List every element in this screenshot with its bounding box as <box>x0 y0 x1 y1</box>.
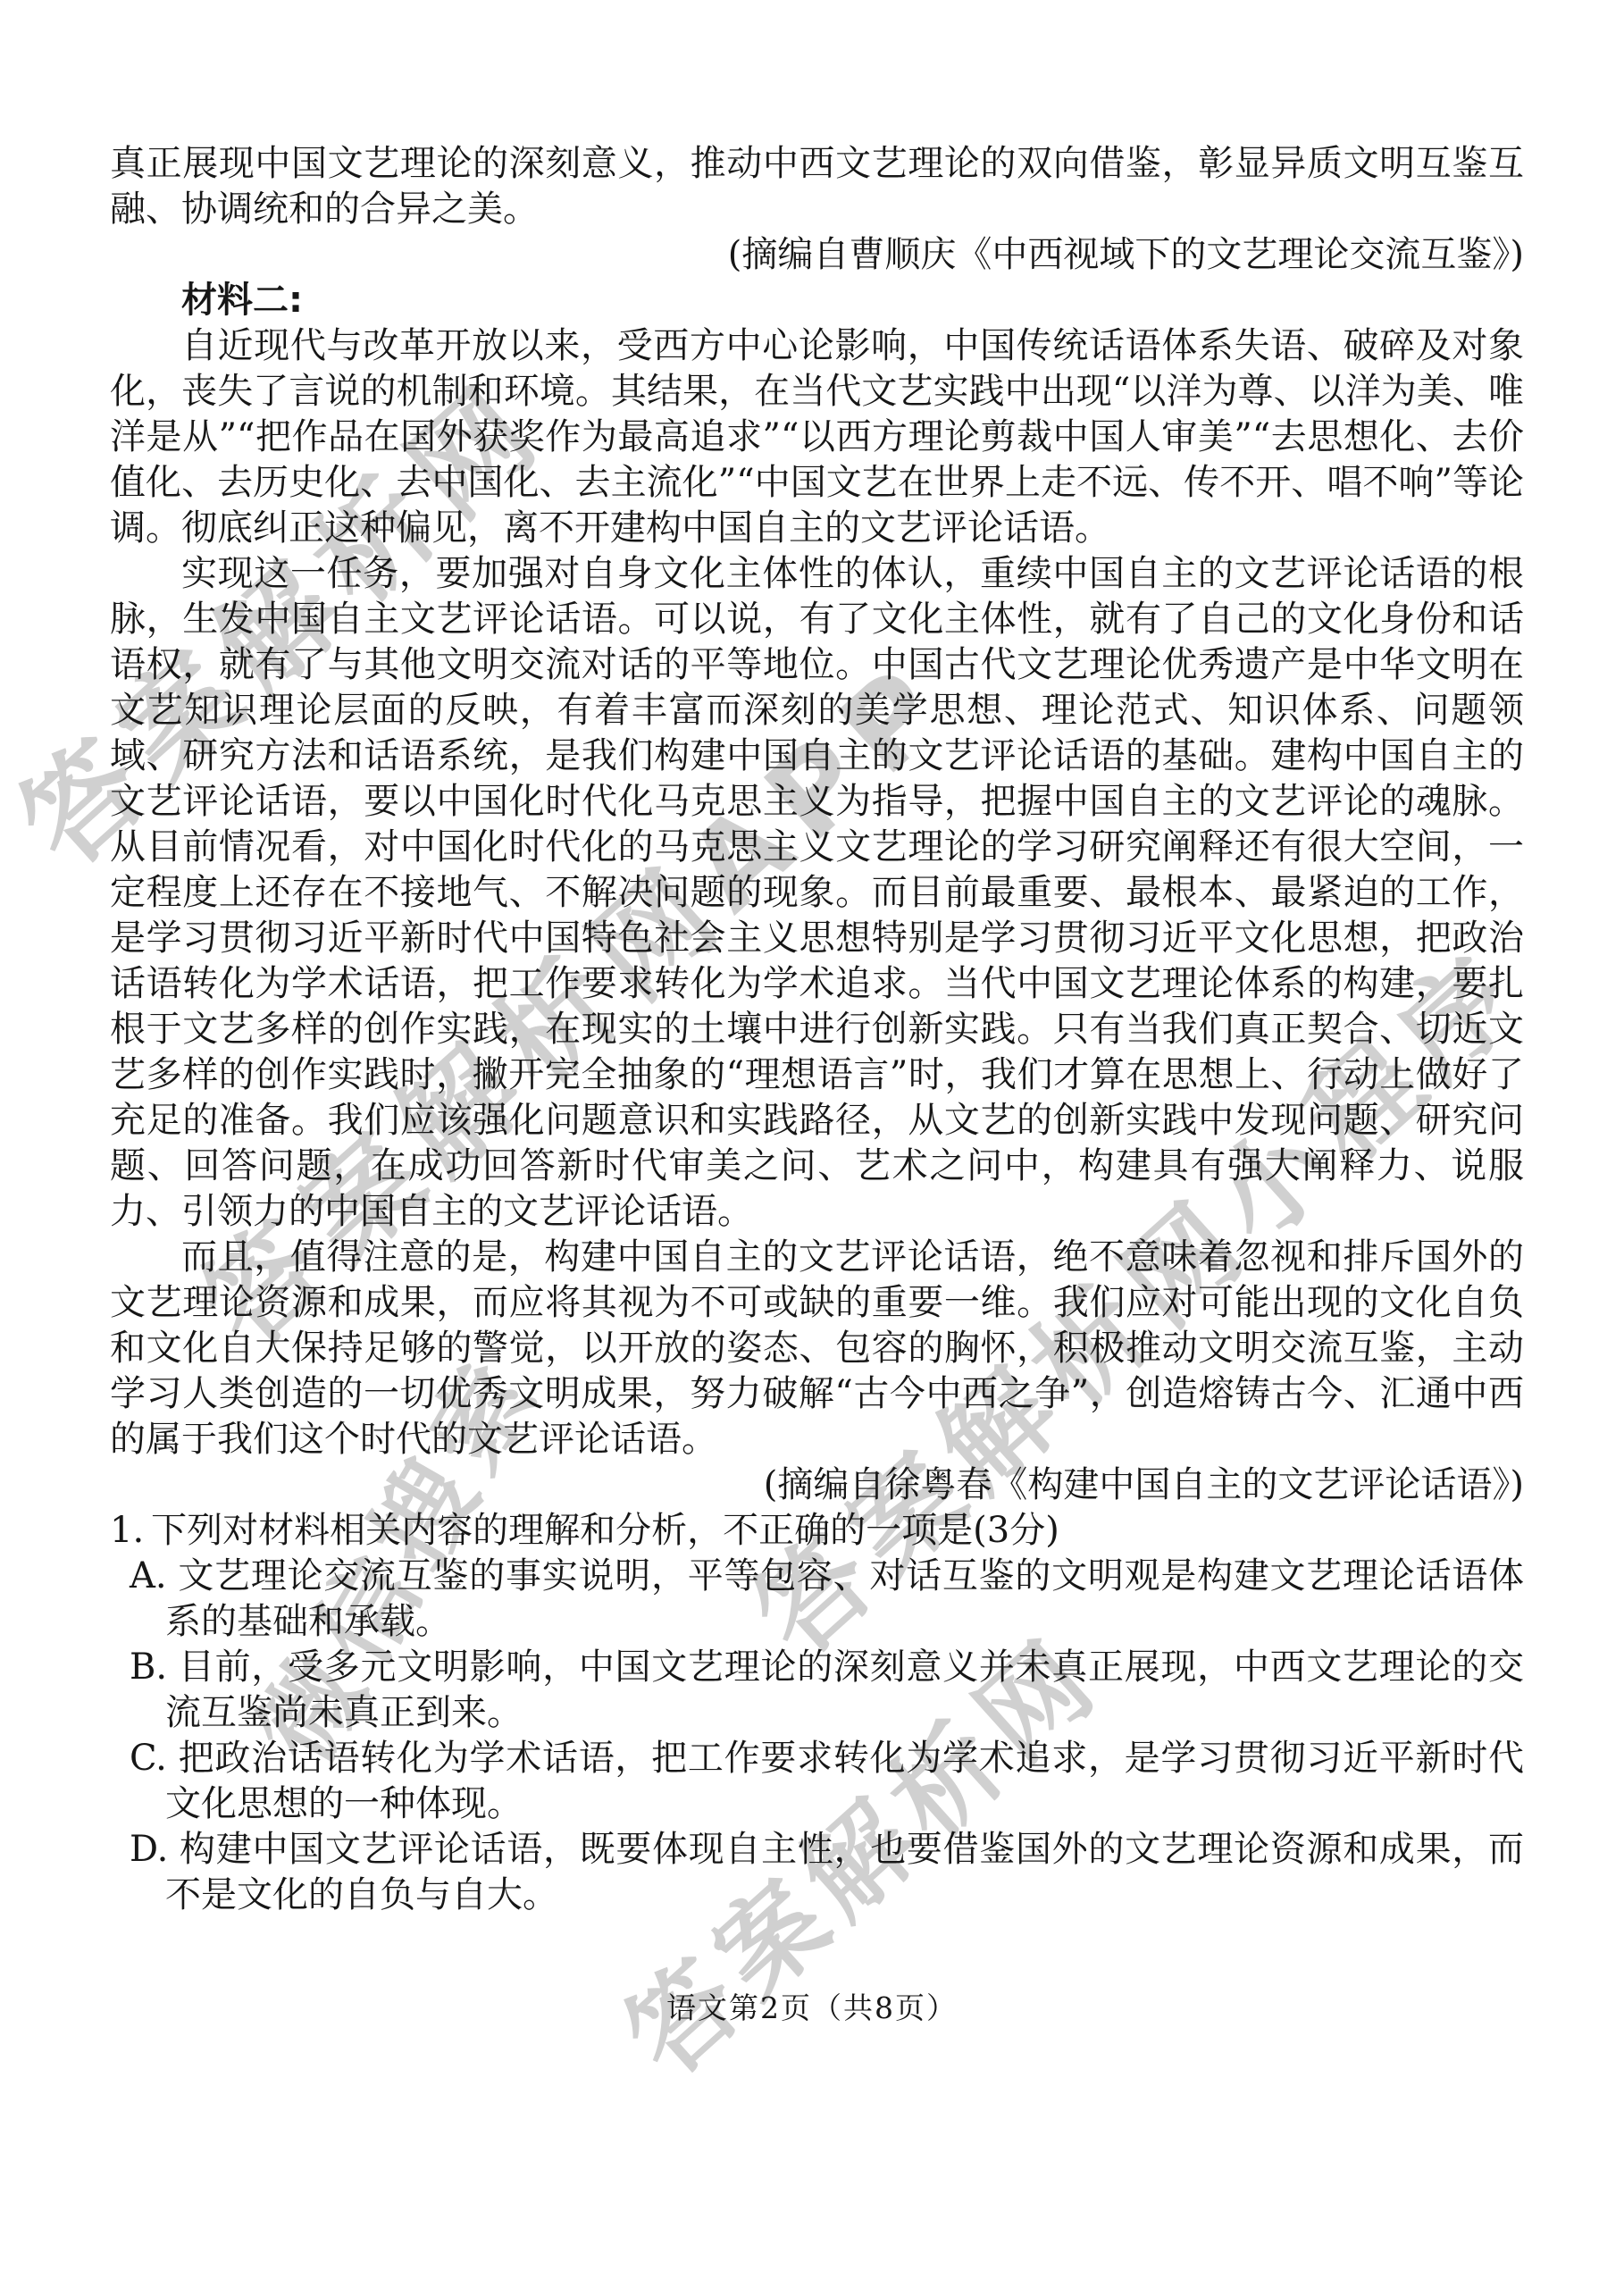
material2-source: (摘编自徐粤春《构建中国自主的文艺评论话语》) <box>110 1462 1524 1508</box>
material2-paragraph-2: 实现这一任务，要加强对自身文化主体性的体认，重续中国自主的文艺评论话语的根脉，生… <box>110 551 1524 1235</box>
option-a-label: A. <box>130 1555 167 1596</box>
material2-paragraph-1: 自近现代与改革开放以来，受西方中心论影响，中国传统话语体系失语、破碎及对象化，丧… <box>110 323 1524 551</box>
question-1-options: A.文艺理论交流互鉴的事实说明，平等包容、对话互鉴的文明观是构建文艺理论话语体系… <box>110 1554 1524 1918</box>
material2-heading: 材料二: <box>110 278 1524 323</box>
option-c-label: C. <box>130 1738 167 1779</box>
material1-closing-paragraph: 真正展现中国文艺理论的深刻意义，推动中西文艺理论的双向借鉴，彰显异质文明互鉴互融… <box>110 141 1524 232</box>
question-1-number: 1. <box>110 1510 144 1551</box>
page-footer: 语文第2页（共8页） <box>0 1985 1624 2027</box>
option-a-text: 文艺理论交流互鉴的事实说明，平等包容、对话互鉴的文明观是构建文艺理论话语体系的基… <box>165 1555 1524 1642</box>
material1-source: (摘编自曹顺庆《中西视域下的文艺理论交流互鉴》) <box>110 232 1524 278</box>
document-body: 真正展现中国文艺理论的深刻意义，推动中西文艺理论的双向借鉴，彰显异质文明互鉴互融… <box>110 141 1524 1918</box>
option-d: D.构建中国文艺评论话语，既要体现自主性，也要借鉴国外的文艺理论资源和成果，而不… <box>110 1827 1524 1918</box>
question-1: 1.下列对材料相关内容的理解和分析，不正确的一项是(3分) <box>110 1508 1524 1554</box>
option-c-text: 把政治话语转化为学术话语，把工作要求转化为学术追求，是学习贯彻习近平新时代文化思… <box>165 1738 1524 1824</box>
option-b: B.目前，受多元文明影响，中国文艺理论的深刻意义并未真正展现，中西文艺理论的交流… <box>110 1645 1524 1736</box>
option-d-text: 构建中国文艺评论话语，既要体现自主性，也要借鉴国外的文艺理论资源和成果，而不是文… <box>165 1829 1524 1915</box>
material2-paragraph-3: 而且，值得注意的是，构建中国自主的文艺评论话语，绝不意味着忽视和排斥国外的文艺理… <box>110 1235 1524 1462</box>
exam-page: 答案解析网 答案解析网APP 微信搜索 答案解析网小程序 答案解析网 真正展现中… <box>0 0 1624 2296</box>
option-b-text: 目前，受多元文明影响，中国文艺理论的深刻意义并未真正展现，中西文艺理论的交流互鉴… <box>165 1647 1524 1733</box>
question-1-stem: 下列对材料相关内容的理解和分析，不正确的一项是(3分) <box>151 1510 1059 1551</box>
option-d-label: D. <box>130 1829 168 1870</box>
option-b-label: B. <box>130 1647 167 1688</box>
option-a: A.文艺理论交流互鉴的事实说明，平等包容、对话互鉴的文明观是构建文艺理论话语体系… <box>110 1554 1524 1645</box>
option-c: C.把政治话语转化为学术话语，把工作要求转化为学术追求，是学习贯彻习近平新时代文… <box>110 1736 1524 1827</box>
